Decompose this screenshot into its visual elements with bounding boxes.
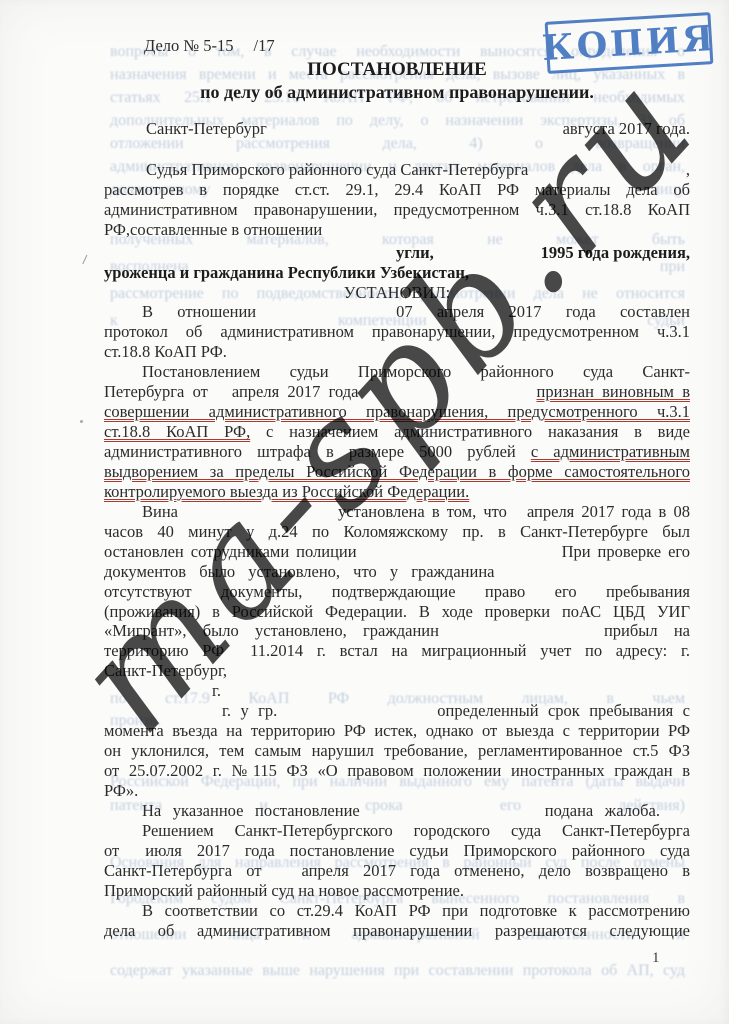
text-line: угли,1995 года рождения,: [104, 243, 690, 263]
text-line: Санкт-Петербурга отапреля 2017 года отме…: [104, 861, 690, 881]
text-segment: При проверке его: [562, 542, 690, 561]
copy-stamp-label: КОПИЯ: [541, 17, 717, 68]
text-segment: Петербурга от: [104, 382, 208, 401]
underlined-text-segment: с административным: [531, 442, 690, 461]
underlined-text-segment: признан виновным в: [537, 382, 691, 401]
text-segment: г.: [212, 681, 221, 701]
redacted-gap: [660, 815, 690, 816]
redacted-gap: [359, 396, 537, 397]
text-line: уроженца и гражданина Республики Узбекис…: [104, 263, 690, 283]
text-segment: ПОСТАНОВЛЕНИЕ: [307, 59, 487, 80]
text-line: Приморский районный суд на новое рассмот…: [104, 881, 690, 901]
text-line: территорию РФ11.2014 г. встал на миграци…: [104, 641, 690, 661]
text-segment: определенный срок пребывания с: [437, 701, 690, 720]
text-line: Винаустановлена в том, чтоапреля 2017 го…: [104, 502, 690, 522]
text-segment: Судья Приморского районного суда Санкт-П…: [146, 160, 528, 180]
text-line: выдворением за пределы Российской Федера…: [104, 462, 690, 482]
text-line: документов было установлено, что у гражд…: [104, 562, 690, 582]
redacted-gap: [104, 695, 212, 696]
text-line: г. у гр.определенный срок пребывания с: [104, 701, 690, 721]
text-segment: апреля 2017 года в 08: [527, 502, 690, 521]
text-segment: угли,: [396, 243, 434, 263]
text-segment: РФ,составленные в отношении: [104, 220, 322, 239]
text-segment: часов 40 минут у д.24 по Коломяжскому пр…: [104, 522, 690, 541]
text-segment: Санкт-Петербурга от: [104, 861, 261, 880]
text-segment: г. у гр.: [222, 701, 277, 720]
text-segment: дела об административном правонарушении …: [104, 921, 690, 940]
text-segment: Санкт-Петербург: [146, 119, 267, 139]
redacted-gap: [507, 516, 527, 517]
redacted-gap: [360, 815, 545, 816]
text-line: административного штрафа в размере 5000 …: [104, 442, 690, 462]
text-segment: (проживания) в Российской Федерации. В х…: [104, 602, 690, 621]
text-segment: Решением Санкт-Петербургского городского…: [142, 821, 690, 840]
text-segment: административном правонарушении, предусм…: [104, 200, 690, 219]
text-line: В отношении07 апреля 2017 года составлен: [104, 302, 690, 322]
text-line: ст.18.8 КоАП РФ.: [104, 342, 690, 362]
document-body: Дело № 5-15/17ПОСТАНОВЛЕНИЕпо делу об ад…: [104, 30, 690, 940]
text-line: часов 40 минут у д.24 по Коломяжскому пр…: [104, 522, 690, 542]
redacted-gap: [234, 50, 254, 51]
text-line: протокол об административном правонаруше…: [104, 322, 690, 342]
copy-stamp: КОПИЯ: [545, 12, 714, 74]
redacted-gap: [277, 715, 437, 716]
text-segment: В отношении: [142, 302, 256, 321]
text-segment: Дело № 5-15: [144, 36, 234, 56]
text-line: РФ».: [104, 781, 690, 801]
text-segment: ст.18.8 КоАП РФ.: [104, 342, 227, 361]
text-segment: 11.2014 г. встал на миграционный учет по…: [250, 641, 690, 660]
redacted-gap: [104, 257, 396, 258]
text-line: отсутствуют документы, подтверждающие пр…: [104, 582, 690, 602]
text-segment: остановлен сотрудниками полиции: [104, 542, 357, 561]
text-line: дела об административном правонарушении …: [104, 921, 690, 941]
redacted-gap: [178, 516, 338, 517]
text-segment: «Мигрант», было установлено, гражданин: [104, 621, 439, 640]
text-segment: он уклонился, тем самым нарушил требован…: [104, 741, 690, 760]
text-line: совершении административного правонаруше…: [104, 402, 690, 422]
text-line: РФ,составленные в отношении: [104, 220, 690, 240]
text-segment: подана жалоба.: [545, 801, 660, 820]
page: КОПИЯ ma-spb.ru Дело № 5-15/17ПОСТАНОВЛЕ…: [0, 0, 729, 1024]
text-line: (проживания) в Российской Федерации. В х…: [104, 602, 690, 622]
text-segment: На указанное постановление: [142, 801, 360, 820]
text-segment: апреля 2017 года: [232, 382, 359, 401]
text-segment: Санкт-Петербург,: [104, 661, 227, 680]
redacted-gap: [357, 556, 562, 557]
text-line: Решением Санкт-Петербургского городского…: [104, 821, 690, 841]
text-segment: момента въезда на территорию РФ истек, о…: [104, 721, 690, 740]
text-segment: территорию РФ: [104, 641, 224, 660]
text-segment: от: [104, 841, 119, 860]
text-segment: УСТАНОВИЛ:: [344, 283, 450, 302]
redacted-gap: [208, 396, 232, 397]
text-segment: Постановлением судьи Приморского районно…: [142, 362, 690, 381]
text-segment: по делу об административном правонарушен…: [200, 82, 594, 102]
redacted-gap: [267, 133, 563, 134]
text-line: остановлен сотрудниками полицииПри прове…: [104, 542, 690, 562]
text-line: Петербурга отапреля 2017 годапризнан вин…: [104, 382, 690, 402]
text-line: момента въезда на территорию РФ истек, о…: [104, 721, 690, 741]
text-line: Санкт-Петербургавгуста 2017 года.: [104, 119, 690, 139]
scan-artifact: [80, 420, 83, 423]
text-segment: /17: [254, 36, 275, 56]
text-line: Санкт-Петербург,: [104, 661, 690, 681]
underlined-text-segment: ст.18.8 КоАП РФ,: [104, 422, 250, 441]
redacted-gap: [439, 635, 604, 636]
redacted-gap: [104, 715, 222, 716]
text-line: На указанное постановлениеподана жалоба.: [104, 801, 690, 821]
text-segment: В соответствии со ст.29.4 КоАП РФ при по…: [142, 901, 690, 920]
text-segment: апреля 2017 года отменено, дело возвраще…: [301, 861, 690, 880]
text-segment: августа 2017 года.: [563, 119, 690, 139]
text-line: контролируемого выезда из Российской Фед…: [104, 482, 690, 502]
text-line: г.: [104, 681, 690, 701]
text-line: рассмотрев в порядке ст.ст. 29.1, 29.4 К…: [104, 180, 690, 200]
text-line: от 25.07.2002 г. №115 ФЗ «О правовом пол…: [104, 761, 690, 781]
text-segment: 1995 года рождения,: [541, 243, 690, 263]
text-segment: отсутствуют документы, подтверждающие пр…: [104, 582, 690, 601]
text-line: он уклонился, тем самым нарушил требован…: [104, 741, 690, 761]
text-segment: прибыл на: [604, 621, 690, 640]
text-line: Судья Приморского районного суда Санкт-П…: [104, 160, 690, 180]
text-segment: документов было установлено, что у гражд…: [104, 562, 494, 581]
text-segment: с назначением административного наказани…: [250, 422, 690, 441]
text-line: административном правонарушении, предусм…: [104, 200, 690, 220]
text-segment: установлена в том, что: [338, 502, 507, 521]
redacted-gap: [224, 655, 250, 656]
redacted-gap: [256, 316, 396, 317]
redacted-gap: [434, 257, 541, 258]
text-segment: протокол об административном правонаруше…: [104, 322, 690, 341]
scan-artifact: [82, 255, 93, 267]
text-segment: ,: [686, 160, 690, 180]
underlined-text-segment: контролируемого выезда из Российской Фед…: [104, 482, 469, 501]
text-segment: 07 апреля 2017 года составлен: [396, 302, 690, 321]
underlined-text-segment: совершении административного правонаруше…: [104, 402, 690, 421]
text-segment: Приморский районный суд на новое рассмот…: [104, 881, 464, 900]
text-line: отиюля 2017 года постановление судьи При…: [104, 841, 690, 861]
text-segment: административного штрафа в размере 5000 …: [104, 442, 531, 461]
text-segment: РФ».: [104, 781, 138, 800]
text-line: Постановлением судьи Приморского районно…: [104, 362, 690, 382]
text-line: по делу об административном правонарушен…: [104, 81, 690, 103]
text-segment: июля 2017 года постановление судьи Примо…: [145, 841, 690, 860]
bleedthrough-line: содержат указанные выше нарушения при со…: [110, 953, 685, 989]
text-segment: рассмотрев в порядке ст.ст. 29.1, 29.4 К…: [104, 180, 690, 199]
page-number: 1: [652, 950, 660, 967]
text-segment: уроженца и гражданина Республики Узбекис…: [104, 263, 469, 282]
text-line: УСТАНОВИЛ:: [104, 283, 690, 303]
text-segment: Вина: [142, 502, 178, 521]
text-line: В соответствии со ст.29.4 КоАП РФ при по…: [104, 901, 690, 921]
text-line: «Мигрант», было установлено, гражданинпр…: [104, 621, 690, 641]
redacted-gap: [261, 875, 301, 876]
underlined-text-segment: выдворением за пределы Российской Федера…: [104, 462, 690, 481]
redacted-gap: [119, 855, 145, 856]
redacted-gap: [528, 174, 686, 175]
text-segment: от 25.07.2002 г. №115 ФЗ «О правовом пол…: [104, 761, 690, 780]
text-line: ст.18.8 КоАП РФ, с назначением администр…: [104, 422, 690, 442]
